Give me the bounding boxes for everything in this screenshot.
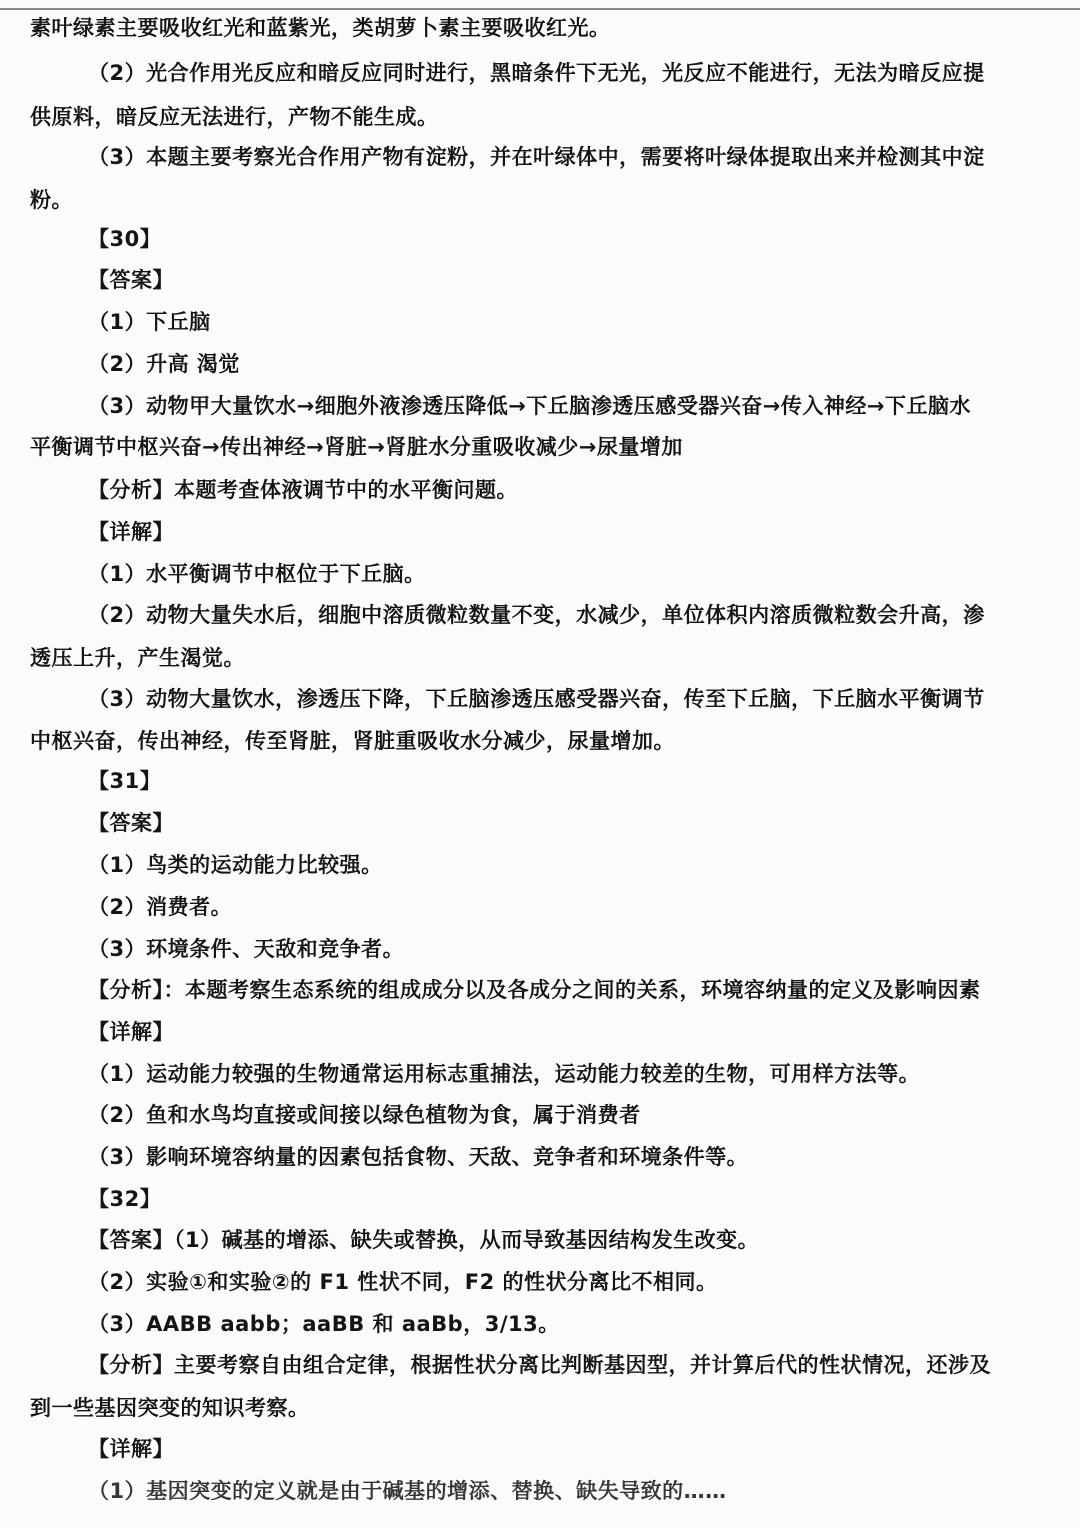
text-line: （2）光合作用光反应和暗反应同时进行，黑暗条件下无光，光反应不能进行，无法为暗反… xyxy=(88,59,985,87)
text-line: 中枢兴奋，传出神经，传至肾脏，肾脏重吸收水分减少，尿量增加。 xyxy=(30,727,675,755)
analysis-heading: 【分析】主要考察自由组合定律，根据性状分离比判断基因型，并计算后代的性状情况，还… xyxy=(88,1351,991,1379)
text-line: 透压上升，产生渴觉。 xyxy=(30,644,245,672)
text-line: 粉。 xyxy=(30,186,73,214)
text-line: （3）动物甲大量饮水→细胞外液渗透压降低→下丘脑渗透压感受器兴奋→传入神经→下丘… xyxy=(88,392,971,420)
text-line: （3）影响环境容纳量的因素包括食物、天敌、竞争者和环境条件等。 xyxy=(88,1143,748,1171)
answer-sheet-page: 素叶绿素主要吸收红光和蓝紫光，类胡萝卜素主要吸收红光。 （2）光合作用光反应和暗… xyxy=(0,0,1080,1528)
text-line: 供原料，暗反应无法进行，产物不能生成。 xyxy=(30,103,439,131)
text-line: 素叶绿素主要吸收红光和蓝紫光，类胡萝卜素主要吸收红光。 xyxy=(30,14,611,42)
text-line: （3）动物大量饮水，渗透压下降，下丘脑渗透压感受器兴奋，传至下丘脑，下丘脑水平衡… xyxy=(88,685,985,713)
analysis-heading: 【分析】：本题考察生态系统的组成成分以及各成分之间的关系，环境容纳量的定义及影响… xyxy=(88,976,981,1004)
detail-heading: 【详解】 xyxy=(88,1435,174,1463)
text-line-partially-obscured: （1）基因突变的定义就是由于碱基的增添、替换、缺失导致的…… xyxy=(88,1477,727,1505)
question-number-32: 【32】 xyxy=(88,1185,161,1213)
detail-heading: 【详解】 xyxy=(88,1018,174,1046)
text-line: （1）运动能力较强的生物通常运用标志重捕法，运动能力较差的生物，可用样方法等。 xyxy=(88,1060,920,1088)
text-line: （3）本题主要考察光合作用产物有淀粉，并在叶绿体中，需要将叶绿体提取出来并检测其… xyxy=(88,143,985,171)
detail-heading: 【详解】 xyxy=(88,518,174,546)
text-line: （1）下丘脑 xyxy=(88,308,211,336)
text-line: 平衡调节中枢兴奋→传出神经→肾脏→肾脏水分重吸收减少→尿量增加 xyxy=(30,433,683,461)
text-line: （3）AABB aabb；aaBB 和 aaBb，3/13。 xyxy=(88,1310,560,1338)
text-line: （2）动物大量失水后，细胞中溶质微粒数量不变，水减少，单位体积内溶质微粒数会升高… xyxy=(88,601,985,629)
analysis-heading: 【分析】本题考查体液调节中的水平衡问题。 xyxy=(88,476,518,504)
text-line: （2）消费者。 xyxy=(88,893,232,921)
text-line: （2）升高 渴觉 xyxy=(88,350,240,378)
text-line: （1）水平衡调节中枢位于下丘脑。 xyxy=(88,560,426,588)
text-line: （3）环境条件、天敌和竞争者。 xyxy=(88,935,404,963)
question-number-30: 【30】 xyxy=(88,225,161,253)
text-line: （1）鸟类的运动能力比较强。 xyxy=(88,851,383,879)
text-line: （2）鱼和水鸟均直接或间接以绿色植物为食，属于消费者 xyxy=(88,1101,641,1129)
answer-heading: 【答案】 xyxy=(88,809,174,837)
text-line: 到一些基因突变的知识考察。 xyxy=(30,1394,310,1422)
text-line: （2）实验①和实验②的 F1 性状不同，F2 的性状分离比不相同。 xyxy=(88,1268,718,1296)
answer-heading: 【答案】 xyxy=(88,266,174,294)
answer-line: 【答案】（1）碱基的增添、缺失或替换，从而导致基因结构发生改变。 xyxy=(88,1226,759,1254)
question-number-31: 【31】 xyxy=(88,767,161,795)
